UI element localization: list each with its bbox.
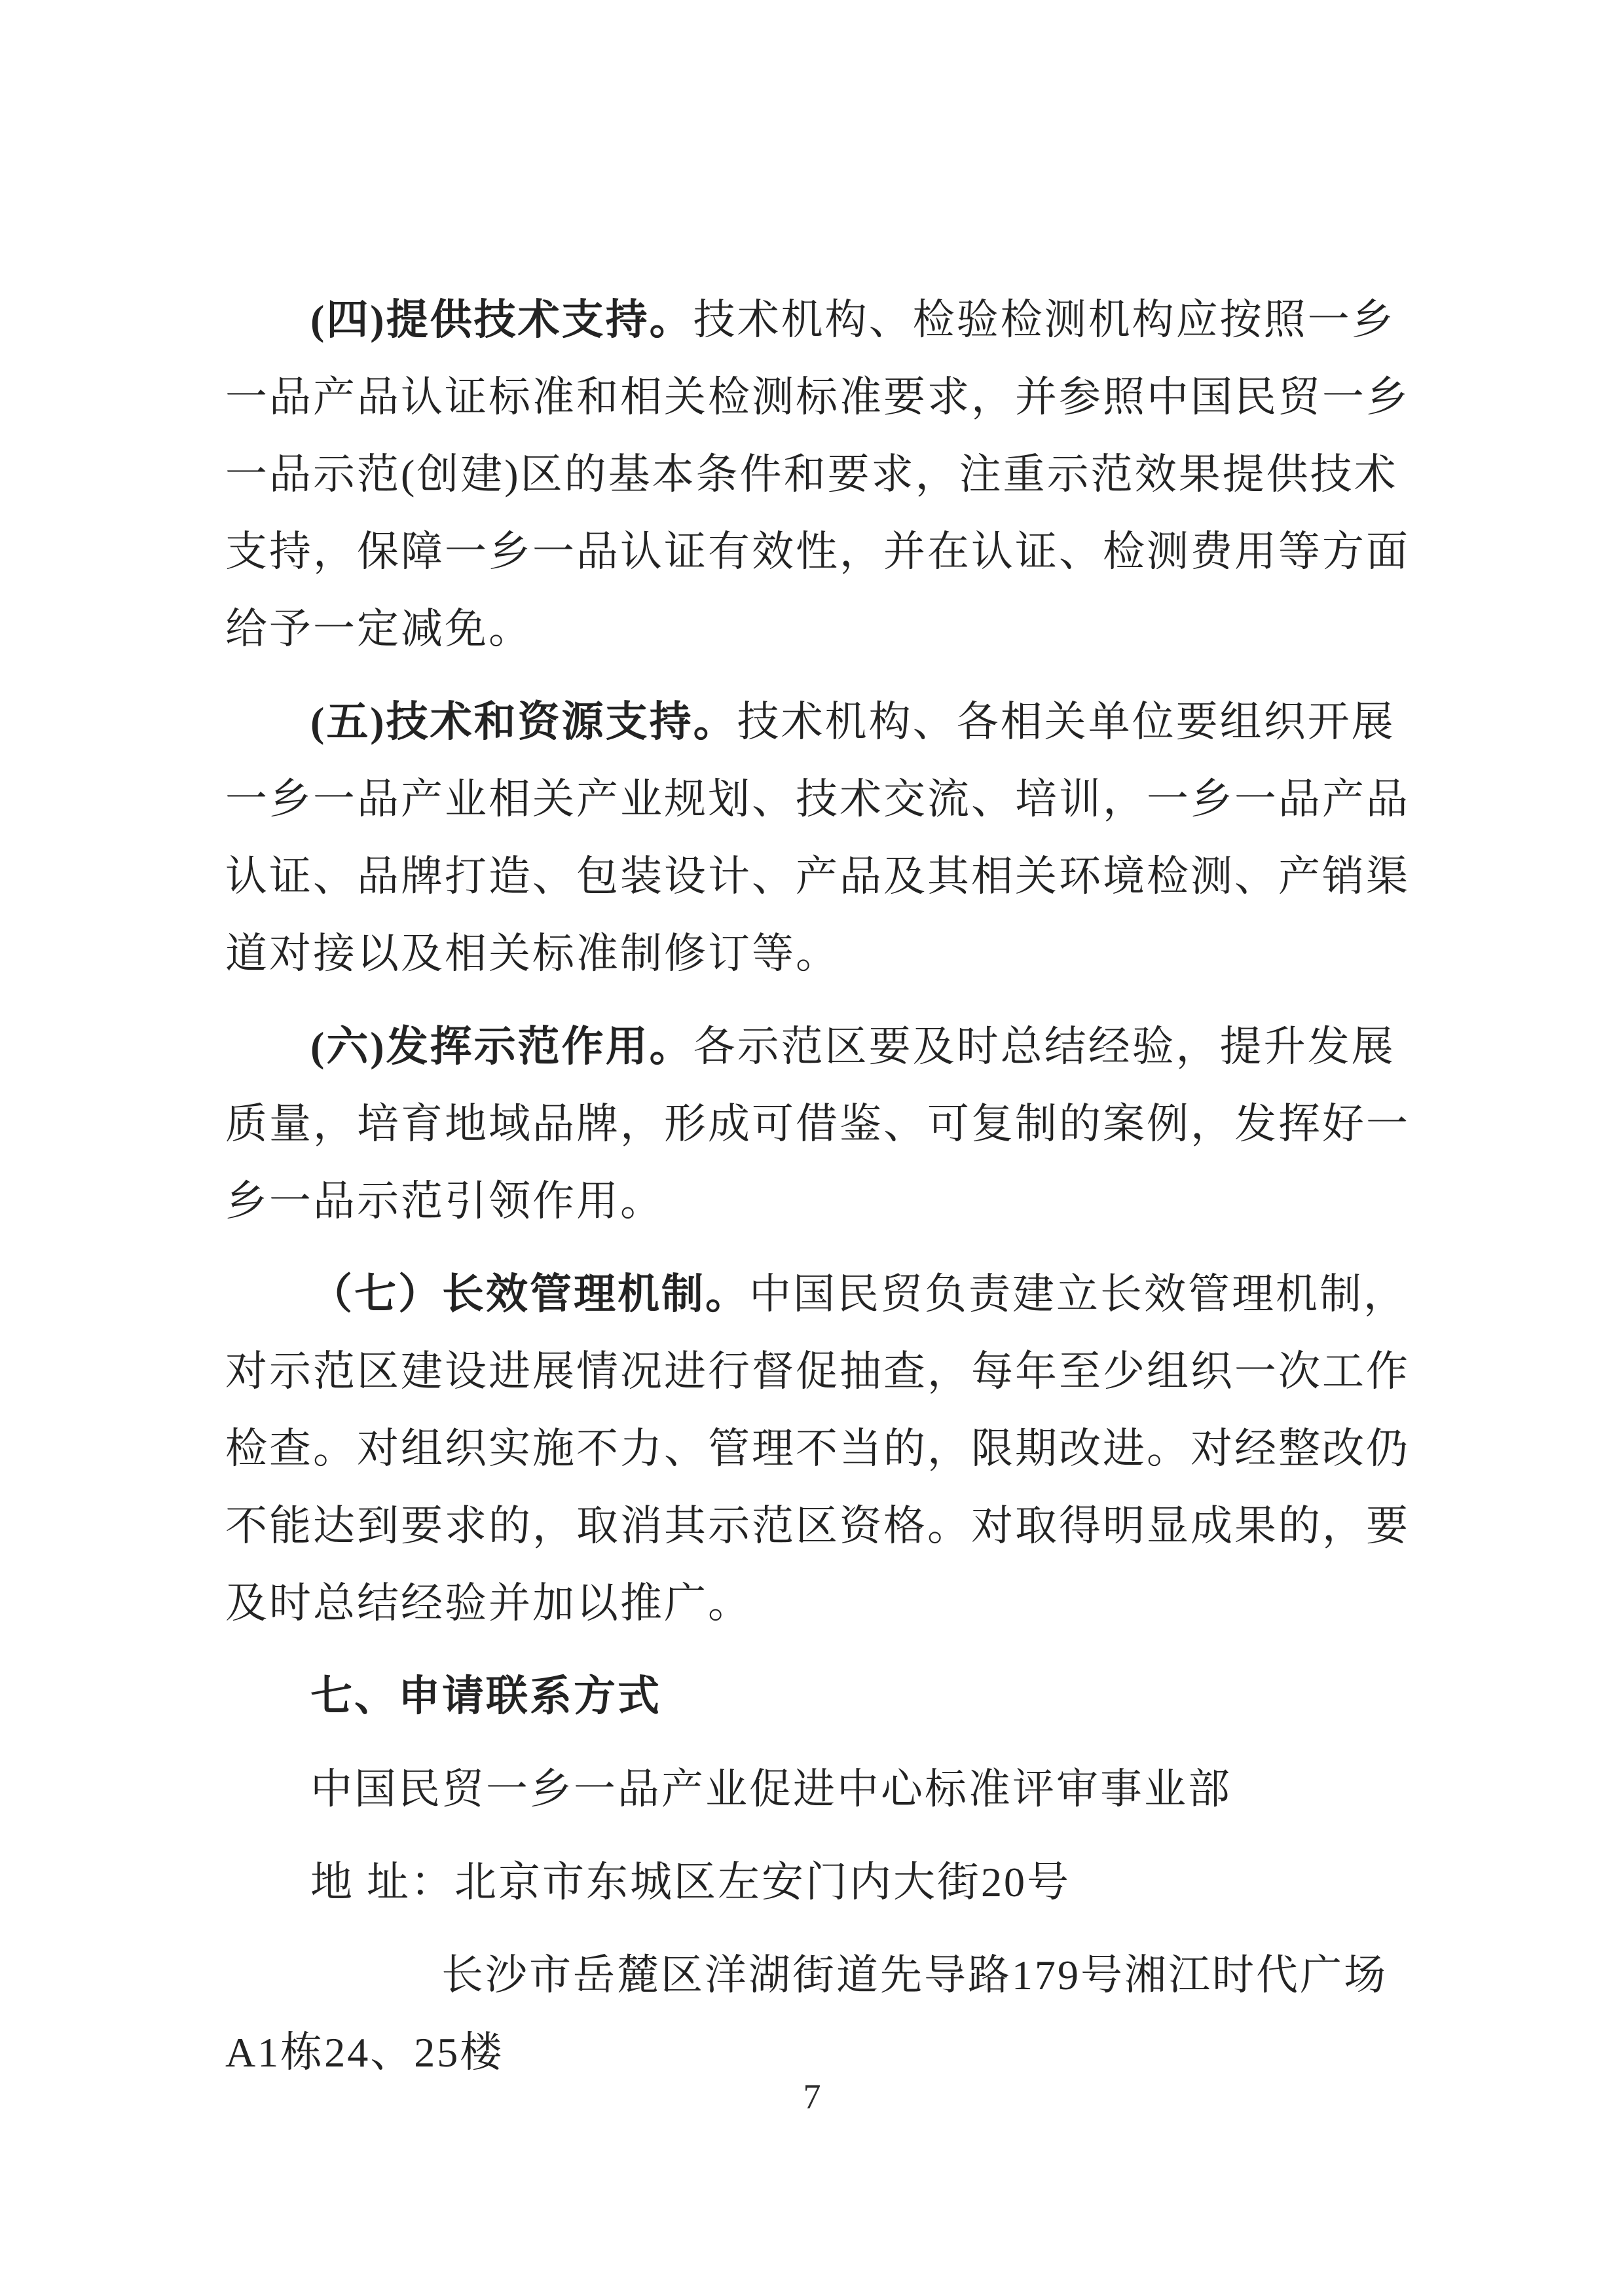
address-line: 地 址：北京市东城区左安门内大街20号	[225, 1844, 1424, 1921]
section-6-text: 各示范区要及时总结经验，提升发展	[693, 1023, 1395, 1070]
section-5-text: 技术机构、各相关单位要组织开展	[737, 699, 1395, 745]
paragraph-address: 地 址：北京市东城区左安门内大街20号	[225, 1844, 1424, 1921]
paragraph-section-6: (六)发挥示范作用。各示范区要及时总结经验，提升发展 质量，培育地域品牌，形成可…	[225, 1008, 1424, 1240]
section-4-lead: (四)提供技术支持。	[310, 297, 693, 343]
text-line: 认证、品牌打造、包装设计、产品及其相关环境检测、产销渠	[225, 838, 1424, 915]
section-7-text: 中国民贸负责建立长效管理机制，	[749, 1271, 1407, 1317]
paragraph-contact-org: 中国民贸一乡一品产业促进中心标准评审事业部	[225, 1751, 1424, 1828]
paragraph-section-4: (四)提供技术支持。技术机构、检验检测机构应按照一乡 一品产品认证标准和相关检测…	[225, 282, 1424, 668]
text-line: 乡一品示范引领作用。	[225, 1163, 1424, 1240]
section-6-lead: (六)发挥示范作用。	[310, 1023, 693, 1070]
text-line: 及时总结经验并加以推广。	[225, 1565, 1424, 1642]
text-line: (六)发挥示范作用。各示范区要及时总结经验，提升发展	[225, 1008, 1424, 1086]
paragraph-section-7: （七）长效管理机制。中国民贸负责建立长效管理机制， 对示范区建设进展情况进行督促…	[225, 1256, 1424, 1642]
paragraph-section-5: (五)技术和资源支持。技术机构、各相关单位要组织开展 一乡一品产业相关产业规划、…	[225, 684, 1424, 993]
text-line: 不能达到要求的，取消其示范区资格。对取得明显成果的，要	[225, 1488, 1424, 1565]
text-line: 道对接以及相关标准制修订等。	[225, 915, 1424, 993]
section-5-lead: (五)技术和资源支持。	[310, 699, 737, 745]
text-line: 给予一定减免。	[225, 591, 1424, 668]
text-line: 对示范区建设进展情况进行督促抽查，每年至少组织一次工作	[225, 1333, 1424, 1410]
contact-org-line: 中国民贸一乡一品产业促进中心标准评审事业部	[225, 1751, 1424, 1828]
paragraph-address-2: 长沙市岳麓区洋湖街道先导路179号湘江时代广场 A1栋24、25楼	[225, 1937, 1424, 2091]
text-line: 一品产品认证标准和相关检测标准要求，并参照中国民贸一乡	[225, 359, 1424, 436]
document-page: (四)提供技术支持。技术机构、检验检测机构应按照一乡 一品产品认证标准和相关检测…	[0, 0, 1624, 2295]
text-line: (五)技术和资源支持。技术机构、各相关单位要组织开展	[225, 684, 1424, 761]
address-value: 北京市东城区左安门内大街20号	[454, 1859, 1071, 1905]
section-7-lead: （七）长效管理机制。	[310, 1271, 749, 1317]
text-line: 支持，保障一乡一品认证有效性，并在认证、检测费用等方面	[225, 513, 1424, 591]
page-number: 7	[0, 2077, 1624, 2116]
section-4-text: 技术机构、检验检测机构应按照一乡	[693, 297, 1395, 343]
text-line: 一品示范(创建)区的基本条件和要求，注重示范效果提供技术	[225, 436, 1424, 513]
text-line: 一乡一品产业相关产业规划、技术交流、培训，一乡一品产品	[225, 761, 1424, 838]
address-label: 地 址：	[310, 1859, 454, 1905]
address-line-2: 长沙市岳麓区洋湖街道先导路179号湘江时代广场	[225, 1937, 1424, 2014]
text-line: (四)提供技术支持。技术机构、检验检测机构应按照一乡	[225, 282, 1424, 359]
text-line: 检查。对组织实施不力、管理不当的，限期改进。对经整改仍	[225, 1410, 1424, 1488]
text-line: （七）长效管理机制。中国民贸负责建立长效管理机制，	[225, 1256, 1424, 1333]
contact-heading: 七、申请联系方式	[225, 1658, 1424, 1735]
document-body: (四)提供技术支持。技术机构、检验检测机构应按照一乡 一品产品认证标准和相关检测…	[225, 282, 1424, 2107]
text-line: 质量，培育地域品牌，形成可借鉴、可复制的案例，发挥好一	[225, 1086, 1424, 1163]
